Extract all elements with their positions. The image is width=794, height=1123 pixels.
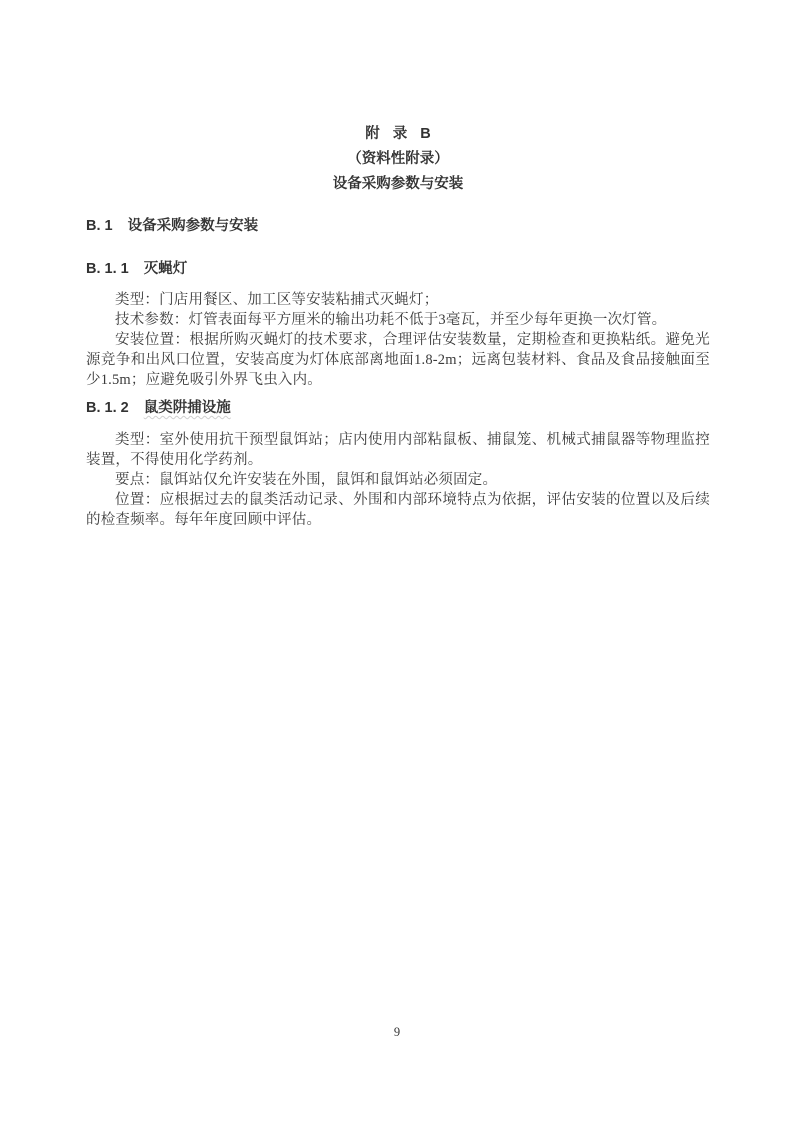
heading-b12-label: B. 1. 2 — [86, 398, 129, 418]
paragraph: 要点：鼠饵站仅允许安装在外围，鼠饵和鼠饵站必须固定。 — [86, 470, 710, 490]
heading-b12-title: 鼠类阱捕设施 — [144, 400, 231, 416]
appendix-name: 设备采购参数与安装 — [86, 172, 710, 197]
heading-b11-label: B. 1. 1 — [86, 259, 129, 279]
heading-b1-title: 设备采购参数与安装 — [128, 218, 259, 234]
section-b11-paragraphs: 类型：门店用餐区、加工区等安装粘捕式灭蝇灯； 技术参数：灯管表面每平方厘米的输出… — [86, 290, 710, 390]
heading-b12: B. 1. 2鼠类阱捕设施 — [86, 398, 710, 418]
paragraph: 安装位置：根据所购灭蝇灯的技术要求，合理评估安装数量，定期检查和更换粘纸。避免光… — [86, 330, 710, 390]
appendix-title-block: 附 录 B （资料性附录） 设备采购参数与安装 — [86, 122, 710, 197]
heading-b11-title: 灭蝇灯 — [144, 261, 188, 277]
section-b12-paragraphs: 类型：室外使用抗干预型鼠饵站；店内使用内部粘鼠板、捕鼠笼、机械式捕鼠器等物理监控… — [86, 430, 710, 530]
appendix-subtitle: （资料性附录） — [86, 147, 710, 172]
document-page: 附 录 B （资料性附录） 设备采购参数与安装 B. 1设备采购参数与安装 B.… — [0, 0, 794, 1123]
page-content: 附 录 B （资料性附录） 设备采购参数与安装 B. 1设备采购参数与安装 B.… — [0, 0, 794, 530]
page-number: 9 — [0, 1025, 794, 1040]
heading-b11: B. 1. 1灭蝇灯 — [86, 259, 710, 279]
heading-b1: B. 1设备采购参数与安装 — [86, 216, 710, 236]
paragraph: 类型：室外使用抗干预型鼠饵站；店内使用内部粘鼠板、捕鼠笼、机械式捕鼠器等物理监控… — [86, 430, 710, 470]
heading-b1-label: B. 1 — [86, 216, 113, 236]
paragraph: 位置：应根据过去的鼠类活动记录、外围和内部环境特点为依据，评估安装的位置以及后续… — [86, 490, 710, 530]
paragraph: 类型：门店用餐区、加工区等安装粘捕式灭蝇灯； — [86, 290, 710, 310]
appendix-title: 附 录 B — [86, 122, 710, 147]
paragraph: 技术参数：灯管表面每平方厘米的输出功耗不低于3毫瓦，并至少每年更换一次灯管。 — [86, 310, 710, 330]
